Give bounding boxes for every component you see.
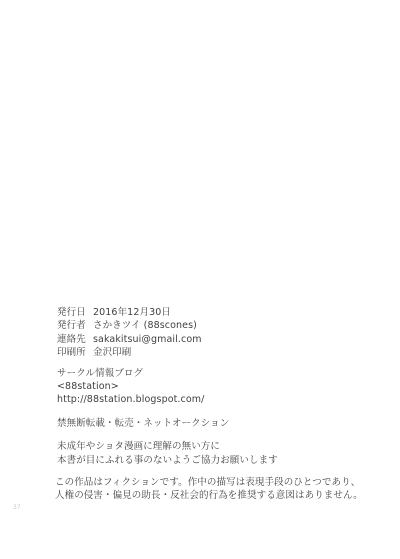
printer-row: 印刷所 金沢印刷 (57, 346, 367, 359)
publisher-label: 発行者 (57, 319, 88, 332)
circle-info-heading: サークル情報ブログ (57, 367, 367, 380)
fiction-disclaimer: この作品はフィクションです。作中の描写は表現手段のひとつであり、 人権の侵害・偏… (55, 476, 367, 503)
page-number: 37 (13, 504, 21, 511)
circle-blog-url: http://88station.blogspot.com/ (57, 393, 367, 406)
no-reproduction-notice: 禁無断転載・転売・ネットオークション (57, 417, 367, 430)
publication-date-value: 2016年12月30日 (93, 306, 171, 319)
circle-info: サークル情報ブログ <88station> http://88station.b… (57, 367, 367, 407)
contact-email: sakakitsui@gmail.com (93, 333, 202, 346)
contact-row: 連絡先 sakakitsui@gmail.com (57, 333, 367, 346)
fiction-disclaimer-line2: 人権の侵害・偏見の助長・反社会的行為を推奨する意図はありません。 (55, 489, 367, 502)
no-reproduction-text: 禁無断転載・転売・ネットオークション (57, 417, 367, 430)
minors-notice: 未成年やショタ漫画に理解の無い方に 本書が目にふれる事のないようご協力お願いしま… (57, 440, 367, 467)
printer-label: 印刷所 (57, 346, 88, 359)
minors-notice-line1: 未成年やショタ漫画に理解の無い方に (57, 440, 367, 453)
colophon-page: 発行日 2016年12月30日 発行者 さかきツイ (88scones) 連絡先… (0, 0, 400, 559)
circle-name: <88station> (57, 380, 367, 393)
minors-notice-line2: 本書が目にふれる事のないようご協力お願いします (57, 454, 367, 467)
publication-date-label: 発行日 (57, 306, 88, 319)
publisher-value: さかきツイ (88scones) (93, 319, 197, 332)
publisher-row: 発行者 さかきツイ (88scones) (57, 319, 367, 332)
colophon-text-block: 発行日 2016年12月30日 発行者 さかきツイ (88scones) 連絡先… (57, 306, 367, 503)
fiction-disclaimer-line1: この作品はフィクションです。作中の描写は表現手段のひとつであり、 (55, 476, 367, 489)
printer-value: 金沢印刷 (93, 346, 131, 359)
contact-label: 連絡先 (57, 333, 88, 346)
publication-date-row: 発行日 2016年12月30日 (57, 306, 367, 319)
publication-info: 発行日 2016年12月30日 発行者 さかきツイ (88scones) 連絡先… (57, 306, 367, 360)
